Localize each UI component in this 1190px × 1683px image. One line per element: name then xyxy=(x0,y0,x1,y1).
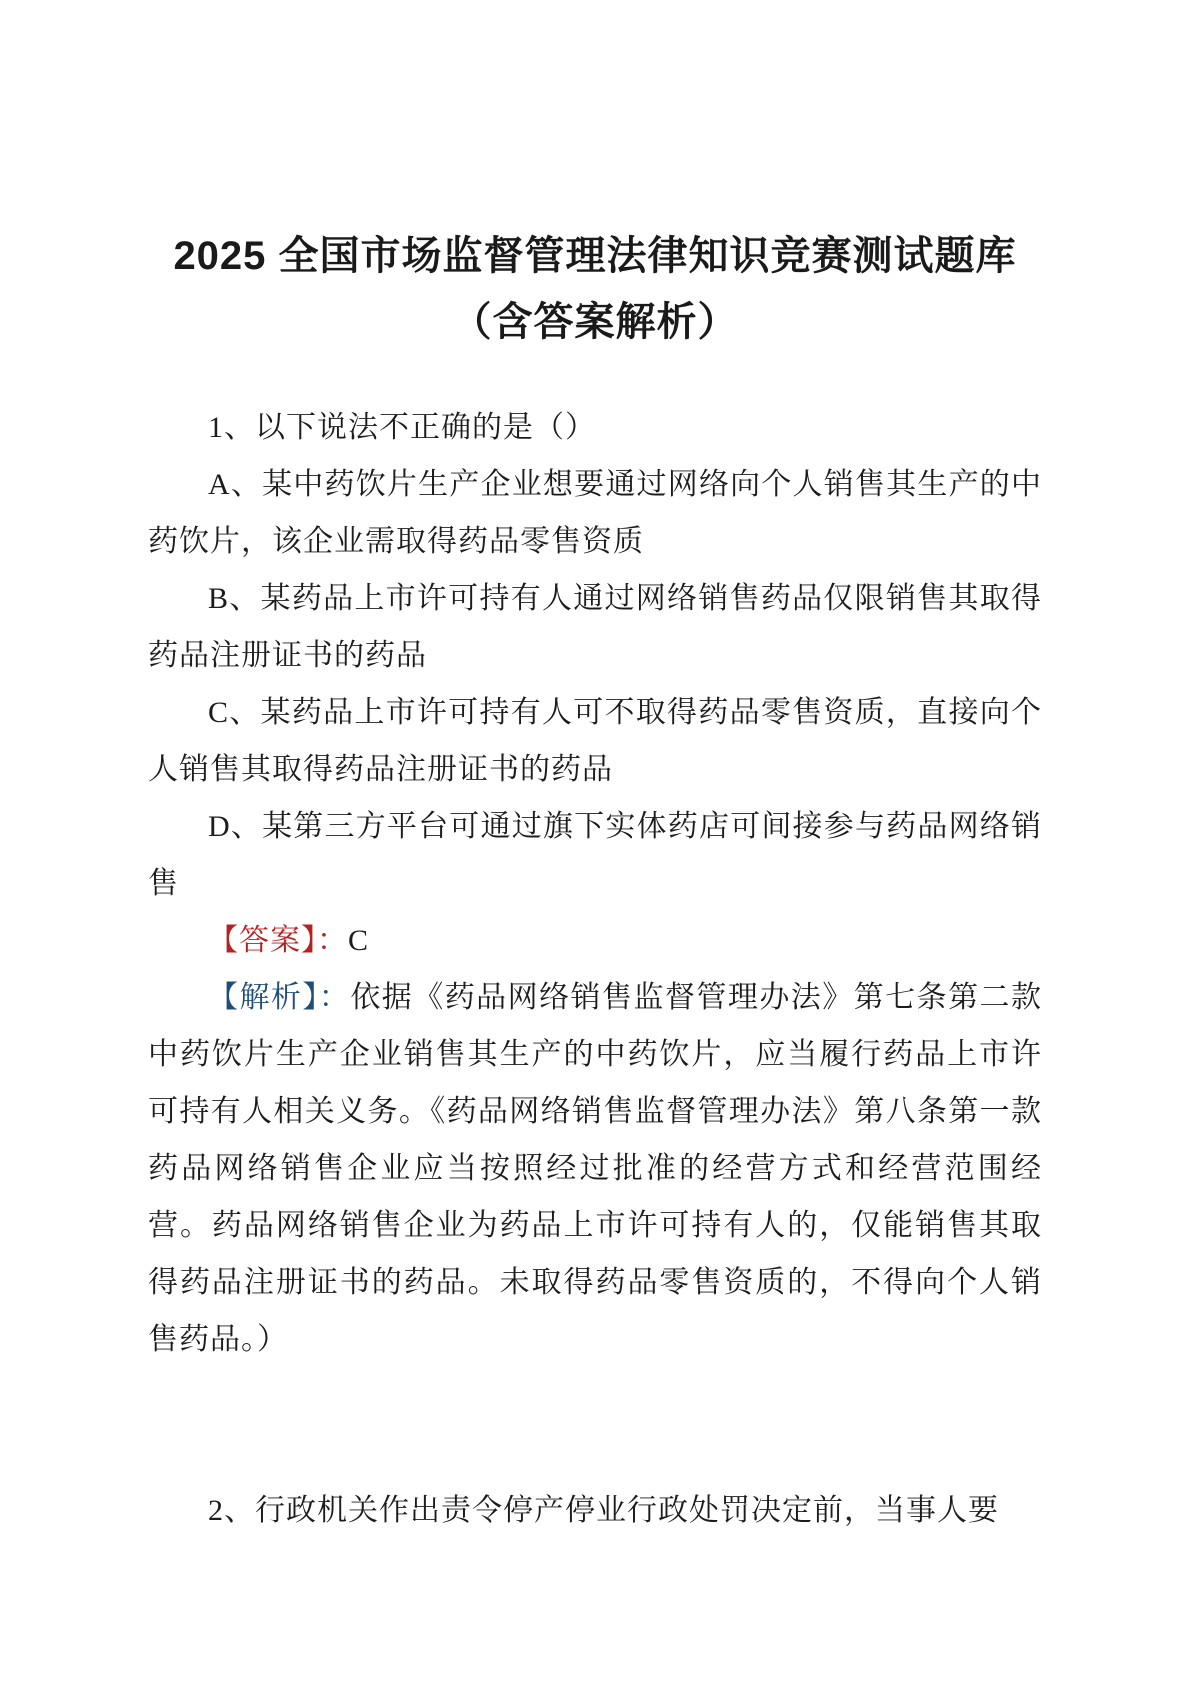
question1-option-d: D、某第三方平台可通过旗下实体药店可间接参与药品网络销售 xyxy=(148,798,1042,912)
question1-option-c: C、某药品上市许可持有人可不取得药品零售资质，直接向个人销售其取得药品注册证书的… xyxy=(148,684,1042,798)
answer-label: 【答案】 xyxy=(208,924,317,957)
question1-option-a: A、某中药饮片生产企业想要通过网络向个人销售其生产的中药饮片，该企业需取得药品零… xyxy=(148,456,1042,570)
document-body: 1、以下说法不正确的是（） A、某中药饮片生产企业想要通过网络向个人销售其生产的… xyxy=(148,399,1042,1539)
title-line-2: （含答案解析） xyxy=(148,289,1042,355)
analysis-label: 【解析】 xyxy=(208,981,319,1014)
analysis-colon: ： xyxy=(319,981,350,1014)
answer-value: C xyxy=(348,924,369,957)
question1-option-b: B、某药品上市许可持有人通过网络销售药品仅限销售其取得药品注册证书的药品 xyxy=(148,570,1042,684)
answer-colon: ： xyxy=(317,924,348,957)
question1-answer-line: 【答案】：C xyxy=(148,912,1042,969)
question2-stem: 2、行政机关作出责令停产停业行政处罚决定前，当事人要 xyxy=(148,1482,1042,1539)
title-line-1: 2025 全国市场监督管理法律知识竞赛测试题库 xyxy=(148,223,1042,289)
question1-stem: 1、以下说法不正确的是（） xyxy=(148,399,1042,456)
analysis-text: 依据《药品网络销售监督管理办法》第七条第二款中药饮片生产企业销售其生产的中药饮片… xyxy=(148,981,1042,1356)
document-page: 2025 全国市场监督管理法律知识竞赛测试题库 （含答案解析） 1、以下说法不正… xyxy=(0,0,1190,1683)
question1-analysis-line: 【解析】：依据《药品网络销售监督管理办法》第七条第二款中药饮片生产企业销售其生产… xyxy=(148,969,1042,1368)
document-title: 2025 全国市场监督管理法律知识竞赛测试题库 （含答案解析） xyxy=(148,223,1042,355)
